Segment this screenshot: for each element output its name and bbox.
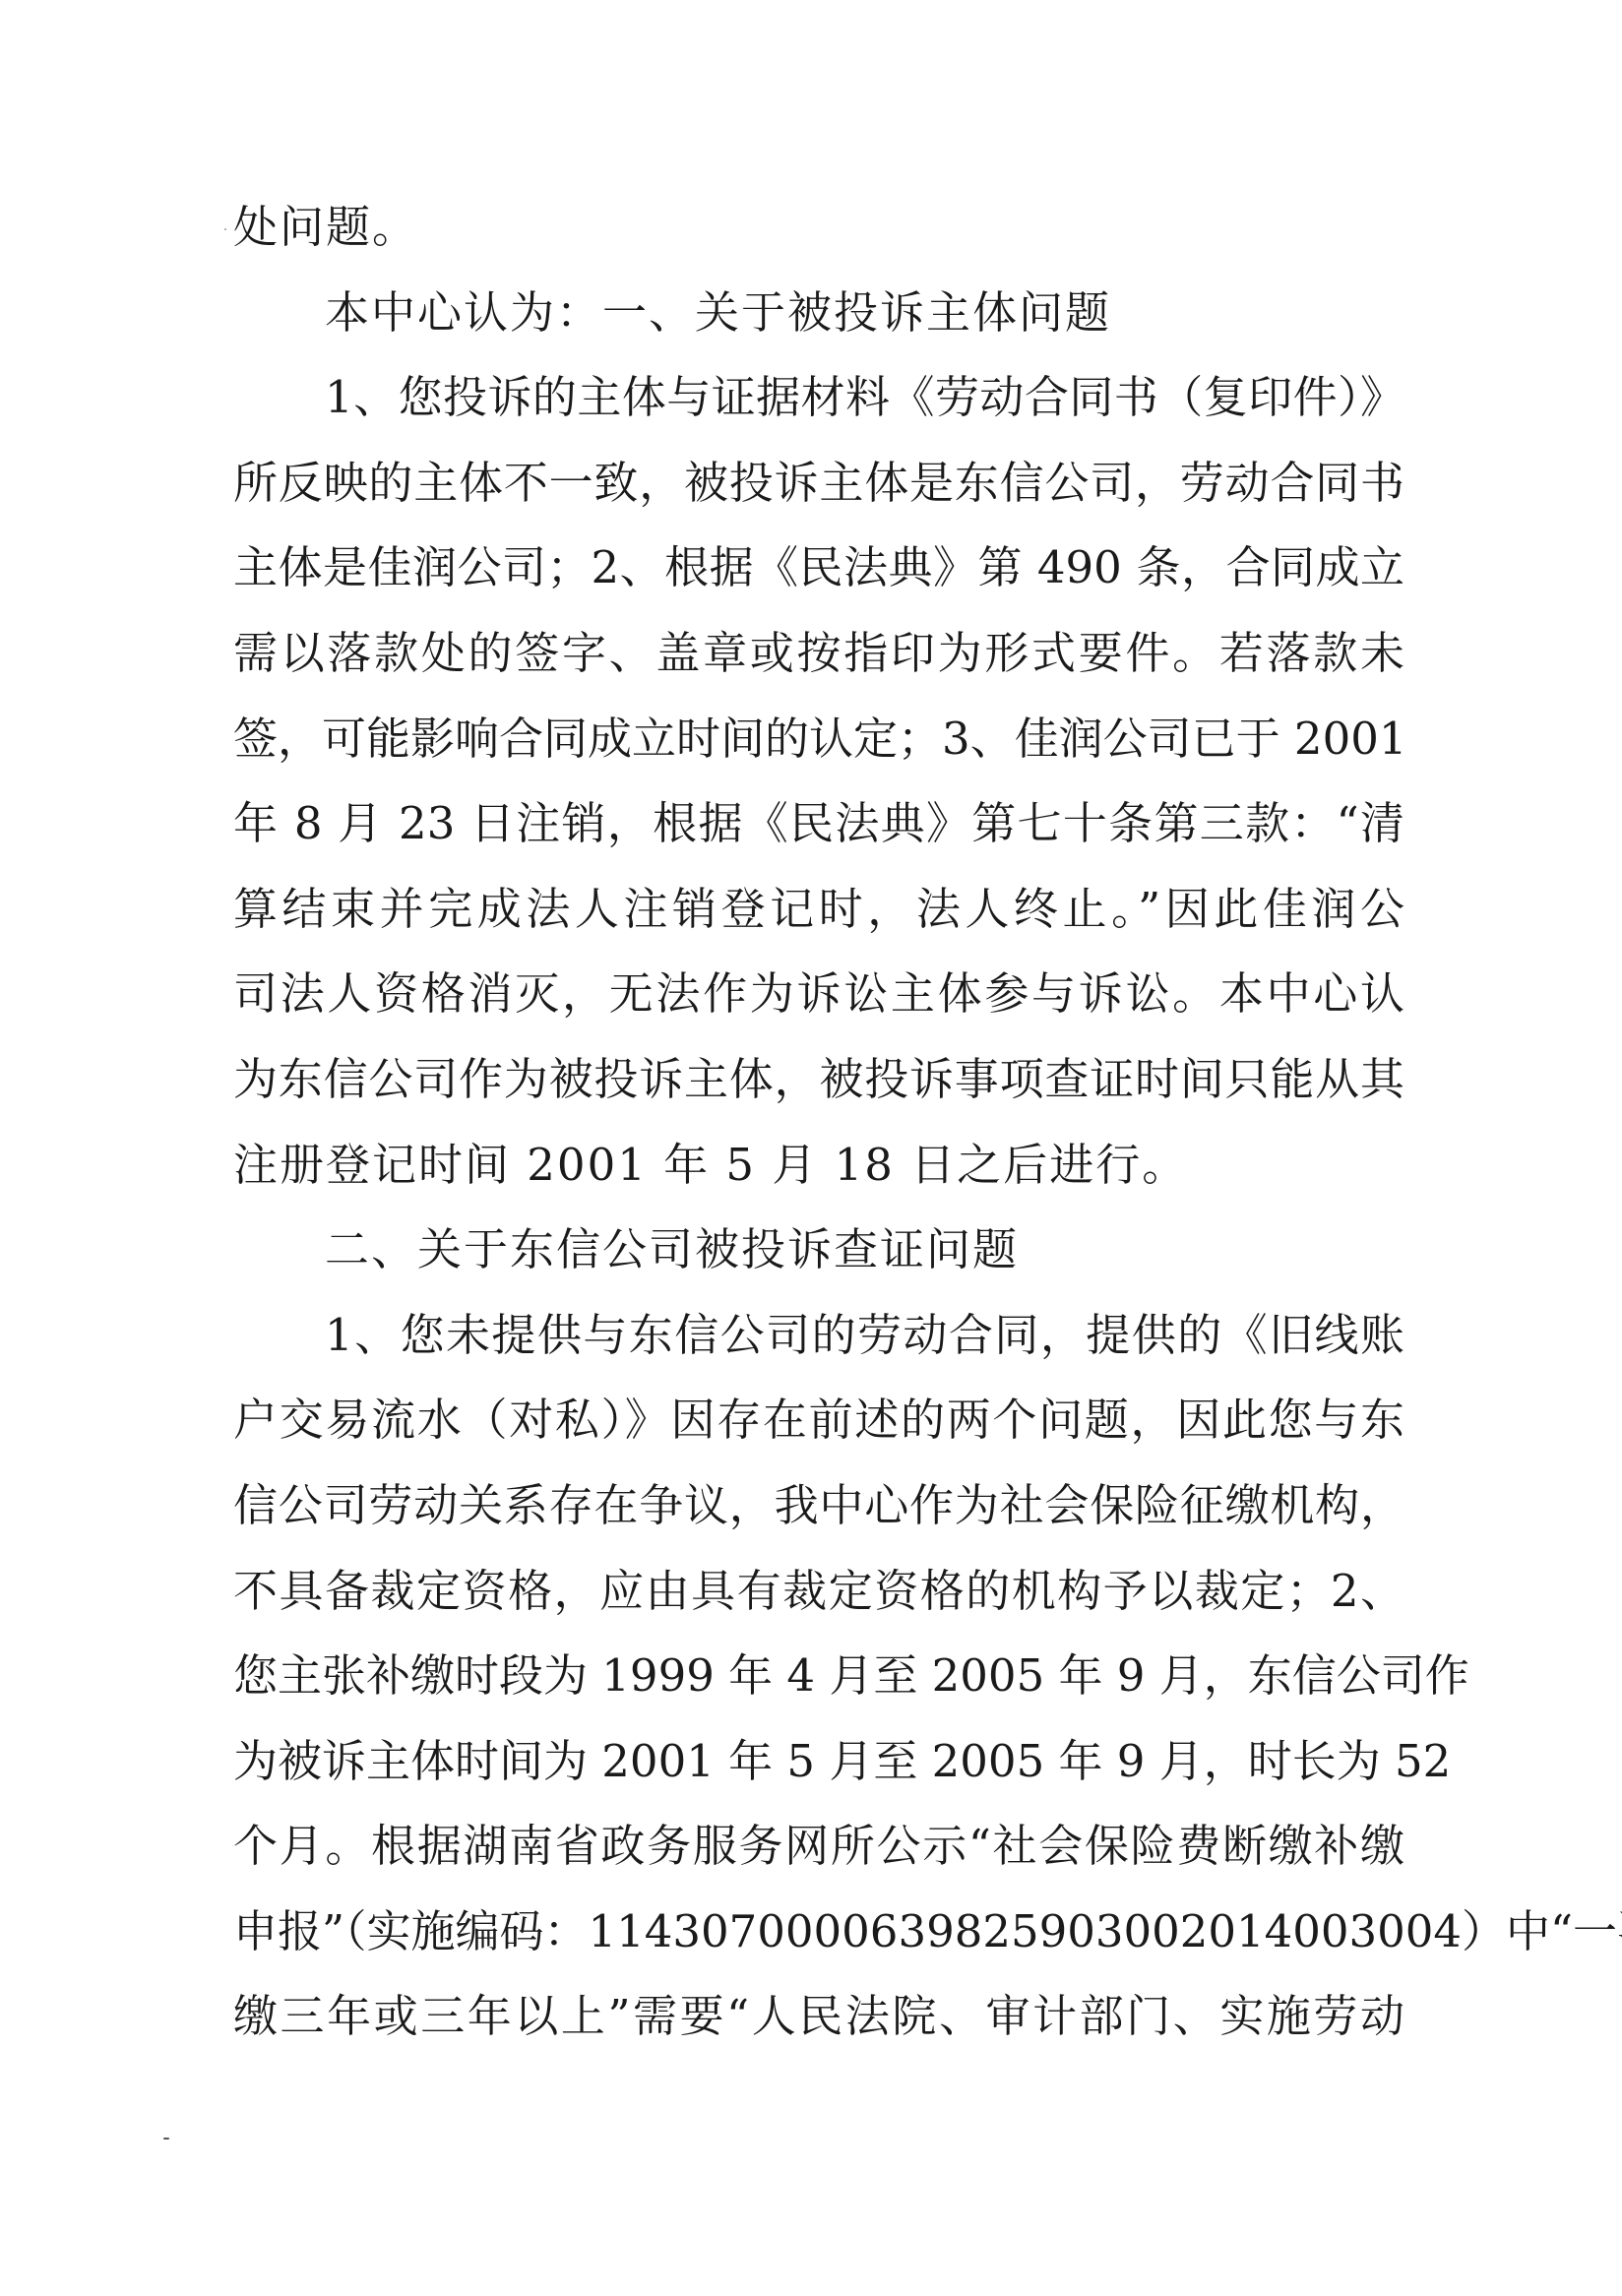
text-line: 申报”（实施编码：1143070000639825903002014003004… (233, 1897, 1404, 1983)
text-line-content: 为被诉主体时间为 2001 年 5 月至 2005 年 9 月，时长为 52 (233, 1727, 1404, 1813)
text-line-content: 所反映的主体不一致，被投诉主体是东信公司，劳动合同书 (233, 449, 1404, 534)
text-line: 年 8 月 23 日注销，根据《民法典》第七十条第三款：“清 (233, 789, 1404, 875)
text-line: 算结束并完成法人注销登记时，法人终止。”因此佳润公 (233, 875, 1404, 961)
scan-speck (224, 228, 226, 230)
text-line: 信公司劳动关系存在争议，我中心作为社会保险征缴机构， (233, 1471, 1404, 1557)
document-page: 处问题。 本中心认为：一、关于被投诉主体问题 1、您投诉的主体与证据材料《劳动合… (0, 0, 1622, 2296)
text-line-content: 缴三年或三年以上”需要“人民法院、审计部门、实施劳动 (233, 1982, 1404, 2068)
text-line-content: 司法人资格消灭，无法作为诉讼主体参与诉讼。本中心认 (233, 960, 1404, 1045)
text-line: 个月。根据湖南省政务服务网所公示“社会保险费断缴补缴 (233, 1812, 1404, 1897)
text-line: 1、您未提供与东信公司的劳动合同，提供的《旧线账 (233, 1301, 1404, 1387)
text-line: 处问题。 (233, 193, 1404, 279)
text-line-content: 申报”（实施编码：1143070000639825903002014003004… (233, 1897, 1404, 1983)
text-line-content: 年 8 月 23 日注销，根据《民法典》第七十条第三款：“清 (233, 789, 1404, 875)
text-line: 缴三年或三年以上”需要“人民法院、审计部门、实施劳动 (233, 1982, 1404, 2068)
section-heading-2: 二、关于东信公司被投诉查证问题 (233, 1215, 1404, 1301)
text-line-content: 本中心认为：一、关于被投诉主体问题 (325, 279, 1404, 364)
text-line: 户交易流水（对私）》因存在前述的两个问题，因此您与东 (233, 1386, 1404, 1471)
text-line: 主体是佳润公司；2、根据《民法典》第 490 条，合同成立 (233, 533, 1404, 619)
text-line-content: 为东信公司作为被投诉主体，被投诉事项查证时间只能从其 (233, 1045, 1404, 1131)
text-line-content: 需以落款处的签字、盖章或按指印为形式要件。若落款未 (233, 619, 1404, 705)
text-line: 司法人资格消灭，无法作为诉讼主体参与诉讼。本中心认 (233, 960, 1404, 1045)
text-line: 为被诉主体时间为 2001 年 5 月至 2005 年 9 月，时长为 52 (233, 1727, 1404, 1813)
text-line-content: 不具备裁定资格，应由具有裁定资格的机构予以裁定；2、 (233, 1557, 1404, 1643)
scan-speck (163, 2138, 169, 2140)
text-line: 所反映的主体不一致，被投诉主体是东信公司，劳动合同书 (233, 449, 1404, 534)
text-line-content: 注册登记时间 2001 年 5 月 18 日之后进行。 (233, 1131, 1404, 1216)
text-line: 需以落款处的签字、盖章或按指印为形式要件。若落款未 (233, 619, 1404, 705)
text-line-content: 签，可能影响合同成立时间的认定；3、佳润公司已于 2001 (233, 705, 1404, 790)
text-line-content: 二、关于东信公司被投诉查证问题 (325, 1215, 1404, 1301)
text-line-content: 处问题。 (233, 193, 1404, 279)
text-line-content: 户交易流水（对私）》因存在前述的两个问题，因此您与东 (233, 1386, 1404, 1471)
text-line-content: 1、您投诉的主体与证据材料《劳动合同书（复印件）》 (325, 363, 1404, 449)
text-line: 您主张补缴时段为 1999 年 4 月至 2005 年 9 月，东信公司作 (233, 1642, 1404, 1727)
text-line: 1、您投诉的主体与证据材料《劳动合同书（复印件）》 (233, 363, 1404, 449)
text-line-content: 您主张补缴时段为 1999 年 4 月至 2005 年 9 月，东信公司作 (233, 1642, 1404, 1727)
text-line-content: 1、您未提供与东信公司的劳动合同，提供的《旧线账 (325, 1301, 1404, 1387)
text-line-content: 算结束并完成法人注销登记时，法人终止。”因此佳润公 (233, 875, 1404, 961)
text-line: 注册登记时间 2001 年 5 月 18 日之后进行。 (233, 1131, 1404, 1216)
section-heading-1: 本中心认为：一、关于被投诉主体问题 (233, 279, 1404, 364)
document-body: 处问题。 本中心认为：一、关于被投诉主体问题 1、您投诉的主体与证据材料《劳动合… (233, 193, 1404, 2068)
text-line-content: 主体是佳润公司；2、根据《民法典》第 490 条，合同成立 (233, 533, 1404, 619)
text-line-content: 信公司劳动关系存在争议，我中心作为社会保险征缴机构， (233, 1471, 1404, 1557)
text-line: 为东信公司作为被投诉主体，被投诉事项查证时间只能从其 (233, 1045, 1404, 1131)
text-line-content: 个月。根据湖南省政务服务网所公示“社会保险费断缴补缴 (233, 1812, 1404, 1897)
text-line: 签，可能影响合同成立时间的认定；3、佳润公司已于 2001 (233, 705, 1404, 790)
text-line: 不具备裁定资格，应由具有裁定资格的机构予以裁定；2、 (233, 1557, 1404, 1643)
